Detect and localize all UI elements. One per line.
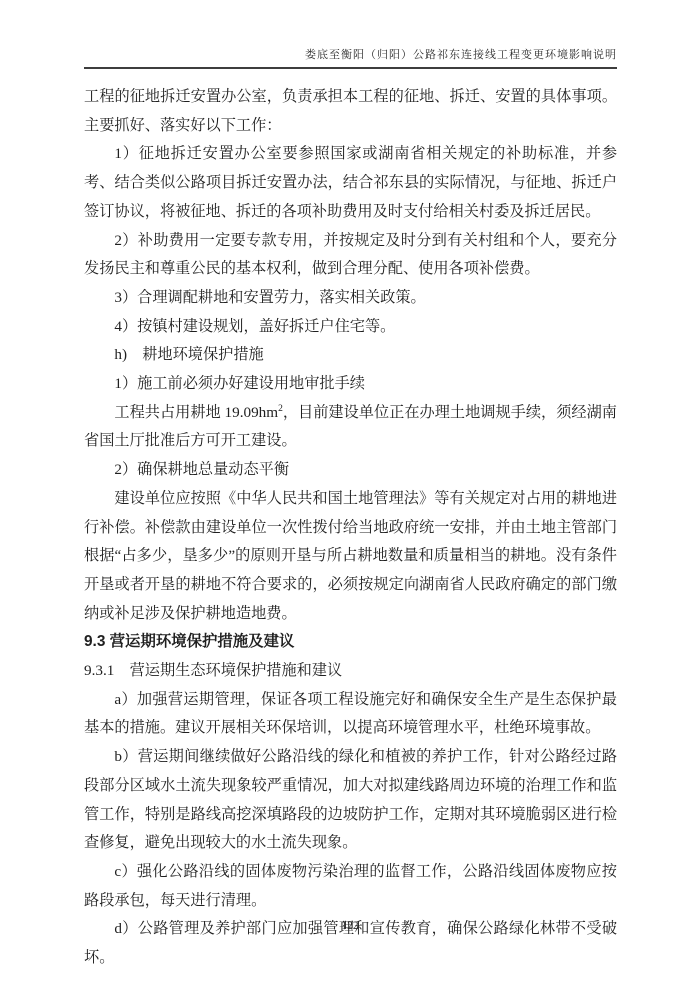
list-item-greening-maintenance: b）营运期间继续做好公路沿线的绿化和植被的养护工作，针对公路经过路段部分区域水土… xyxy=(84,743,617,858)
list-item-allocate-farmland: 3）合理调配耕地和安置劳力，落实相关政策。 xyxy=(84,284,617,313)
paragraph-occupied-farmland-area: 工程共占用耕地 19.09hm2，目前建设单位正在办理土地调规手续，须经湖南省国… xyxy=(84,399,617,456)
header-rule xyxy=(84,67,617,69)
list-item-land-approval: 1）施工前必须办好建设用地审批手续 xyxy=(84,370,617,399)
paragraph-resettlement-office-intro: 工程的征地拆迁安置办公室，负责承担本工程的征地、拆迁、安置的具体事项。主要抓好、… xyxy=(84,83,617,140)
section-heading-9-3: 9.3 营运期环境保护措施及建议 xyxy=(84,628,617,657)
paragraph-land-law-compensation: 建设单位应按照《中华人民共和国土地管理法》等有关规定对占用的耕地进行补偿。补偿款… xyxy=(84,485,617,629)
subitem-farmland-protection-title: h) 耕地环境保护措施 xyxy=(84,341,617,370)
land-area-text-before: 工程共占用耕地 19.09hm xyxy=(114,404,278,421)
page-header: 娄底至衡阳（归阳）公路祁东连接线工程变更环境影响说明 xyxy=(84,46,617,62)
page-number: 122 xyxy=(341,920,358,932)
list-item-compensation-standard: 1）征地拆迁安置办公室要参照国家或湖南省相关规定的补助标准，并参考、结合类似公路… xyxy=(84,140,617,226)
list-item-operation-management: a）加强营运期管理，保证各项工程设施完好和确保安全生产是生态保护最基本的措施。建… xyxy=(84,686,617,743)
list-item-dedicated-funds: 2）补助费用一定要专款专用，并按规定及时分到有关村组和个人，要充分发扬民主和尊重… xyxy=(84,227,617,284)
subsection-heading-9-3-1: 9.3.1 营运期生态环境保护措施和建议 xyxy=(84,657,617,686)
list-item-village-planning: 4）按镇村建设规划，盖好拆迁户住宅等。 xyxy=(84,313,617,342)
document-body: 工程的征地拆迁安置办公室，负责承担本工程的征地、拆迁、安置的具体事项。主要抓好、… xyxy=(84,83,617,973)
list-item-solid-waste-supervision: c）强化公路沿线的固体废物污染治理的监督工作，公路沿线固体废物应按路段承包，每天… xyxy=(84,858,617,915)
document-page: 娄底至衡阳（归阳）公路祁东连接线工程变更环境影响说明 工程的征地拆迁安置办公室，… xyxy=(0,0,700,990)
list-item-farmland-balance: 2）确保耕地总量动态平衡 xyxy=(84,456,617,485)
running-header-title: 娄底至衡阳（归阳）公路祁东连接线工程变更环境影响说明 xyxy=(305,49,617,61)
page-footer: 122 xyxy=(0,920,700,932)
